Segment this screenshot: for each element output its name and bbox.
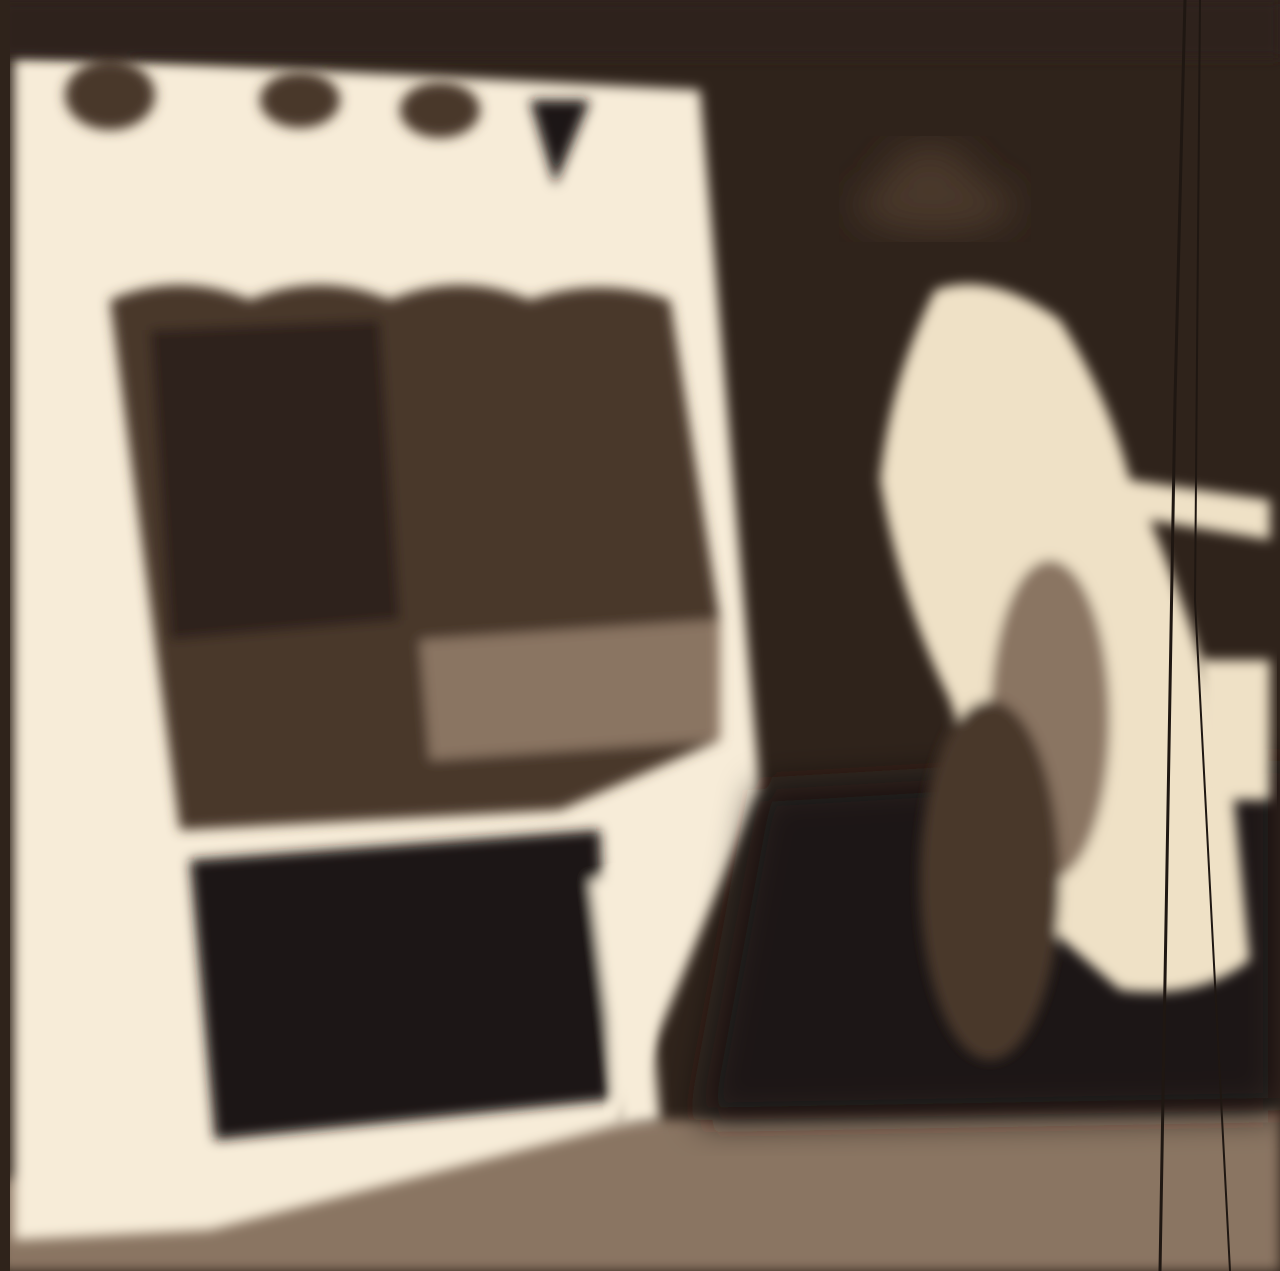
sepia-photograph (0, 0, 1280, 1271)
photo-canvas (0, 0, 1280, 1271)
